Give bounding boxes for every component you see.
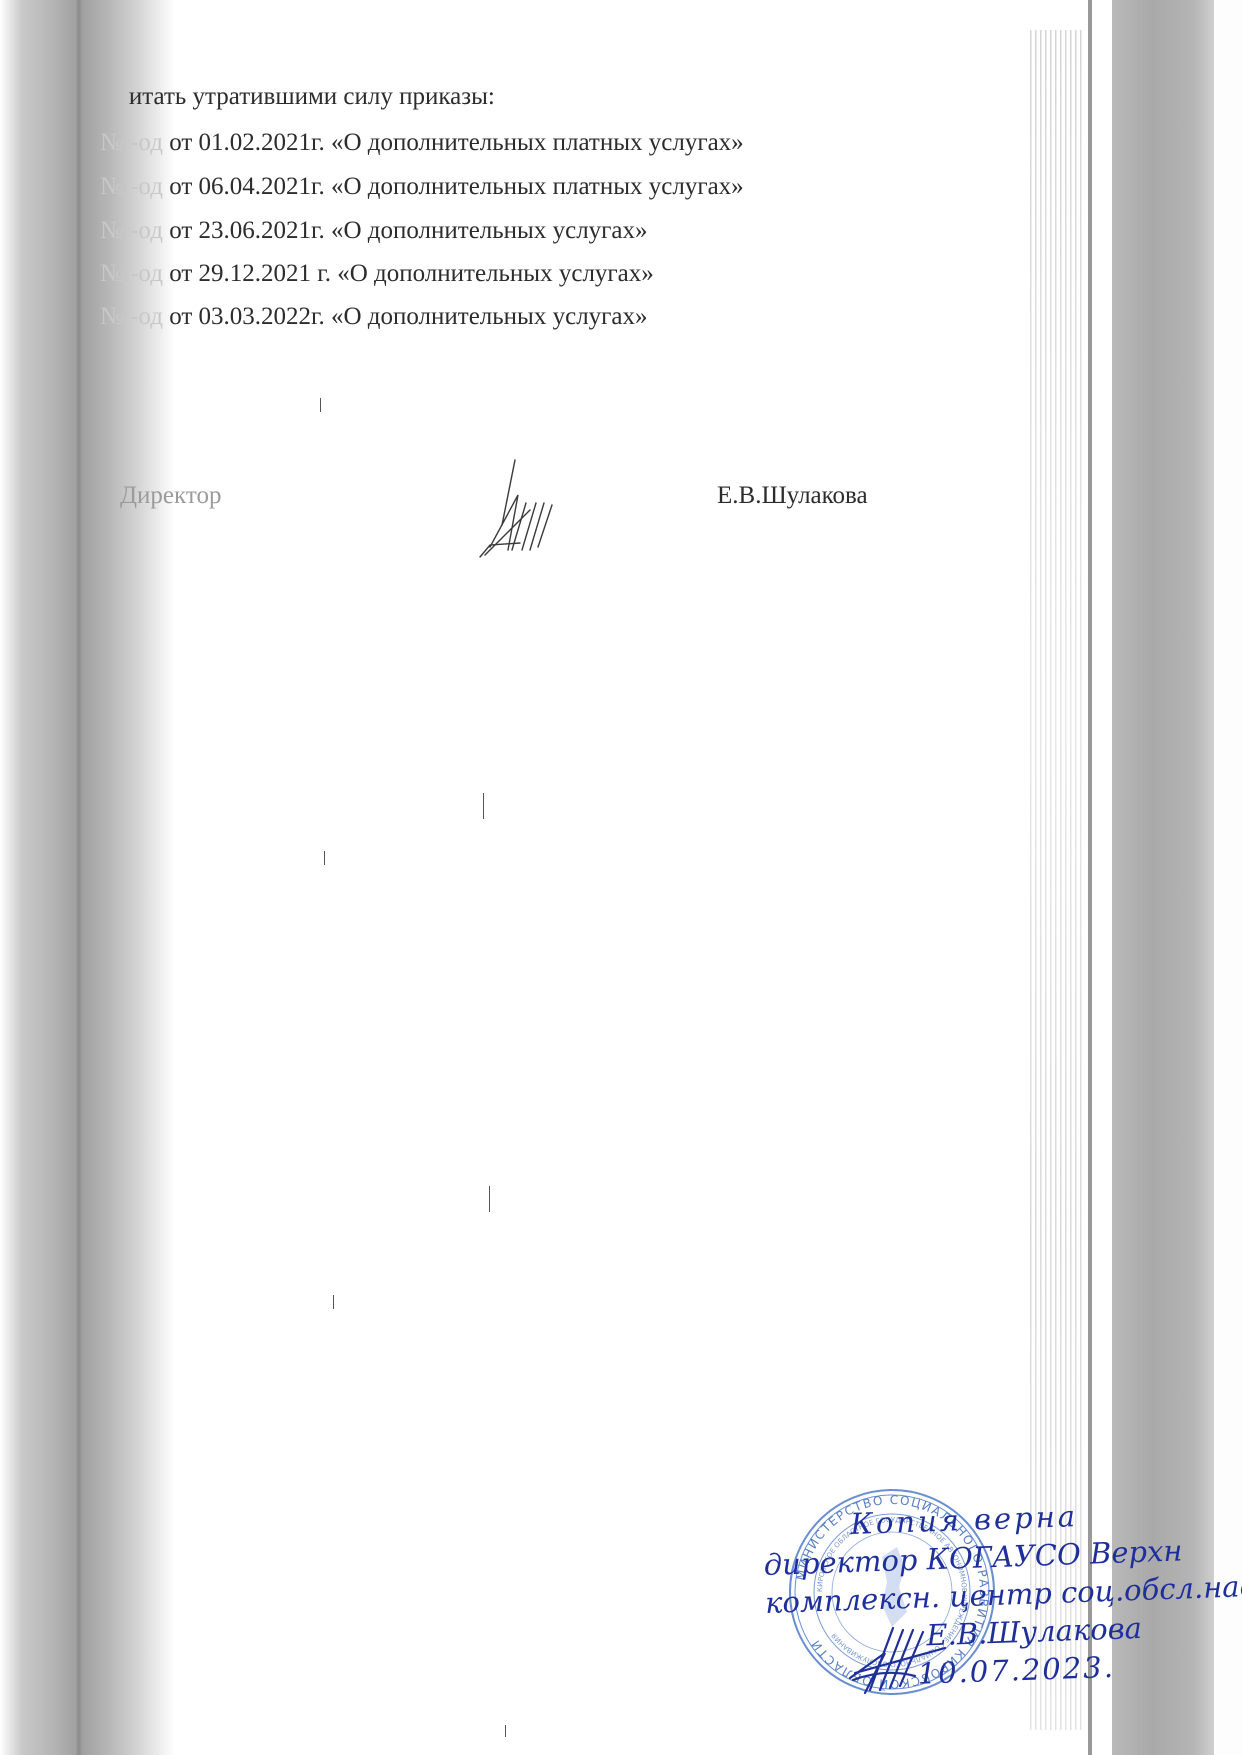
order-text: от 03.03.2022г. «О дополнительных услуга… <box>169 303 647 330</box>
scan-speck <box>324 851 325 865</box>
order-number-faded: № -од <box>100 260 163 287</box>
order-number-faded: № -од <box>100 217 163 244</box>
order-text: от 29.12.2021 г. «О дополнительных услуг… <box>169 260 654 287</box>
order-text: от 23.06.2021г. «О дополнительных услуга… <box>169 217 647 244</box>
revoked-order-item: № -од от 06.04.2021г. «О дополнительных … <box>100 172 744 202</box>
heading-text: итать утратившими силу приказы: <box>129 83 495 110</box>
order-number-faded: № -од <box>100 303 163 330</box>
revoked-order-item: № -од от 03.03.2022г. «О дополнительных … <box>100 302 648 332</box>
certified-copy-note: Копия верна директор КОГАУСО Верхн компл… <box>762 1492 1228 1698</box>
signer-role: Директор <box>120 482 221 510</box>
scan-edge-line <box>1088 0 1092 1755</box>
revoked-order-item: № -од от 23.06.2021г. «О дополнительных … <box>100 216 648 246</box>
scan-shadow-right <box>1112 0 1214 1755</box>
scan-speck <box>320 398 321 412</box>
scan-speck <box>483 793 484 819</box>
revoked-order-item: № -од от 01.02.2021г. «О дополнительных … <box>100 128 744 158</box>
order-text: от 01.02.2021г. «О дополнительных платны… <box>169 129 744 156</box>
scan-speck <box>333 1295 334 1309</box>
order-number-faded: № -од <box>100 129 163 156</box>
certifier-signature <box>845 1618 955 1698</box>
scan-speck <box>505 1725 506 1737</box>
heading-faded-prefix: Сч <box>100 83 129 110</box>
scan-noise-right <box>1030 30 1082 1730</box>
scan-speck <box>489 1186 490 1212</box>
scan-fold-line <box>76 0 82 1755</box>
order-text: от 06.04.2021г. «О дополнительных платны… <box>169 173 744 200</box>
revoked-order-item: № -од от 29.12.2021 г. «О дополнительных… <box>100 259 654 289</box>
order-heading: Считать утратившими силу приказы: <box>100 82 495 112</box>
signer-name: Е.В.Шулакова <box>717 482 868 510</box>
director-signature <box>460 455 580 565</box>
order-number-faded: № -од <box>100 173 163 200</box>
